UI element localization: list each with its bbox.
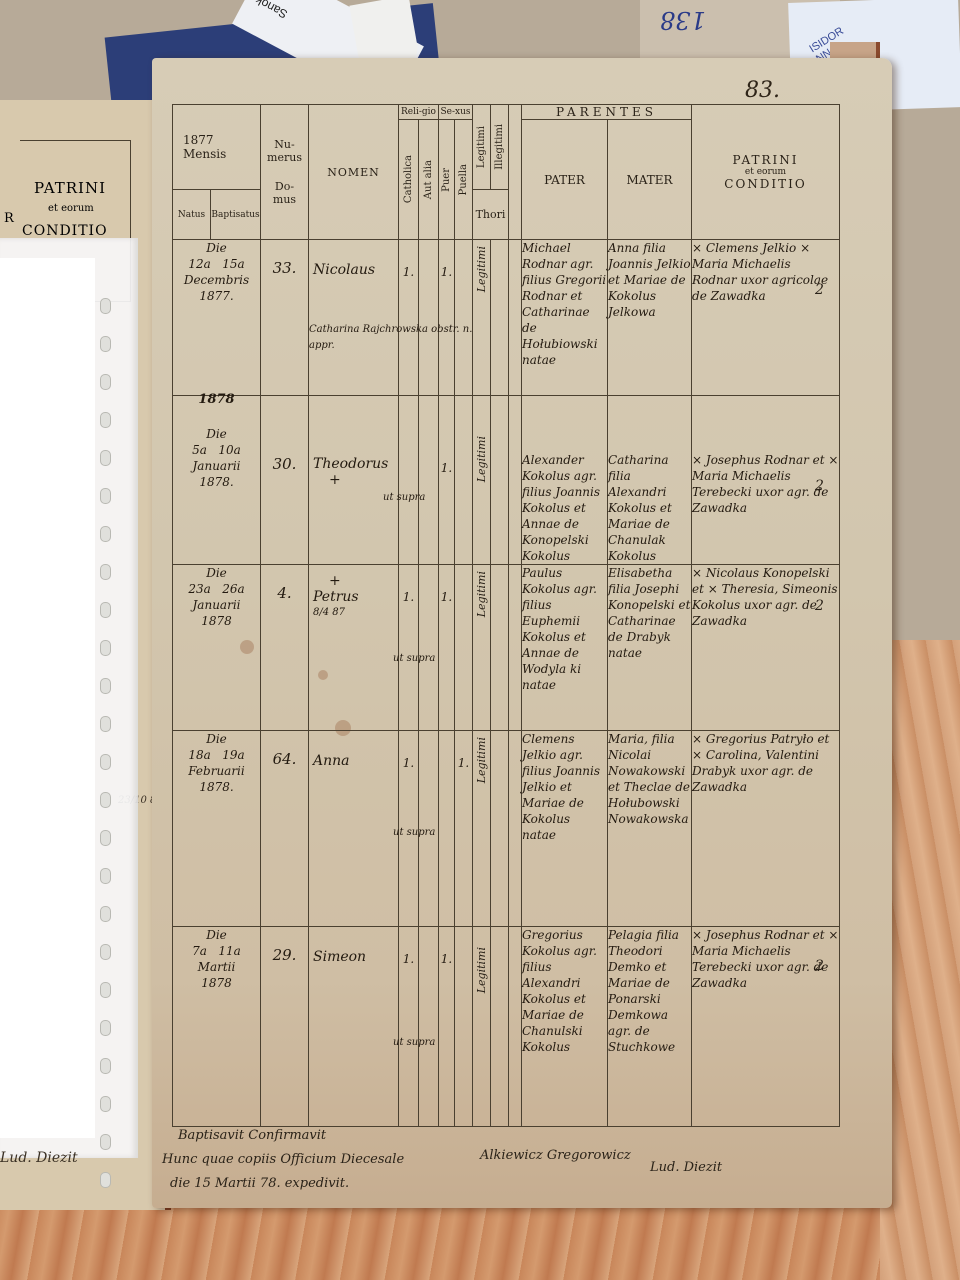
date-cell: Die 18a 19a Februarii 1878. bbox=[173, 731, 261, 927]
child-name: Anna ut supra bbox=[309, 731, 399, 927]
death-date: 8/4 87 bbox=[313, 605, 398, 621]
pater-cell: Gregorius Kokolus agr. filius Alexandri … bbox=[522, 927, 608, 1127]
patrini-cell: × Clemens Jelkio × Maria Michaelis Rodna… bbox=[692, 240, 840, 396]
obstetrix-note: Catharina Rajchrowska obstr. n. appr. bbox=[309, 322, 488, 354]
footer-line-1: Baptisavit Confirmavit bbox=[178, 1128, 326, 1143]
table-row: Die 18a 19a Februarii 1878. 64. Anna ut … bbox=[173, 731, 840, 927]
date-cell: Die 7a 11a Martii 1878 bbox=[173, 927, 261, 1127]
table-row: Die 12a 15a Decembris 1877. 33. Nicolaus… bbox=[173, 240, 840, 396]
section-year: 1878 bbox=[173, 392, 260, 408]
house-number: 64. bbox=[261, 731, 309, 927]
child-name: + Petrus 8/4 87 ut supra bbox=[309, 565, 399, 731]
mater-cell: Maria, filia Nicolai Nowakowski et Thecl… bbox=[608, 731, 692, 927]
footer-line-3: die 15 Martii 78. expedivit. bbox=[170, 1176, 349, 1191]
table-row: Die 7a 11a Martii 1878 29. Simeon ut sup… bbox=[173, 927, 840, 1127]
patrini-cell: × Nicolaus Konopelski et × Theresia, Sim… bbox=[692, 565, 840, 731]
plastic-sleeve bbox=[0, 238, 138, 1158]
date-cell: Die 12a 15a Decembris 1877. bbox=[173, 240, 261, 396]
house-number: 29. bbox=[261, 927, 309, 1127]
patrini-cell: × Gregorius Patryło et × Carolina, Valen… bbox=[692, 731, 840, 927]
page-number: 83. bbox=[745, 78, 780, 103]
aut-alia-header: Aut alia bbox=[419, 120, 439, 240]
obstetrix-note: ut supra bbox=[393, 1035, 488, 1051]
legitimi-header: Legitimi bbox=[473, 105, 491, 190]
pater-header: PATER bbox=[522, 120, 608, 240]
wooden-table-right bbox=[880, 640, 960, 1280]
footer-signature: Alkiewicz Gregorowicz bbox=[480, 1148, 631, 1163]
mater-cell: Pelagia filia Theodori Demko et Mariae d… bbox=[608, 927, 692, 1127]
date-cell: 1878 Die 5a 10a Januarii 1878. bbox=[173, 396, 261, 565]
footer-line-2: Hunc quae copiis Officium Diecesale bbox=[162, 1152, 404, 1167]
puer-header: Puer bbox=[439, 120, 455, 240]
illegitimi-header: Illegitimi bbox=[491, 105, 509, 190]
table-row: Die 23a 26a Januarii 1878 4. + Petrus 8/… bbox=[173, 565, 840, 731]
pater-cell: Alexander Kokolus agr. filius Joannis Ko… bbox=[522, 396, 608, 565]
obstetrix-note: ut supra bbox=[383, 490, 488, 506]
left-page-signature: Lud. Diezit bbox=[0, 1150, 78, 1166]
baptism-register-table: 1877 Mensis Nu- merus Do- mus NOMEN Reli… bbox=[172, 104, 840, 1127]
numerus-domus-header: Nu- merus Do- mus bbox=[261, 105, 309, 240]
mensis-header: 1877 Mensis bbox=[173, 105, 261, 190]
punch-holes bbox=[100, 298, 112, 1210]
patrini-cell: × Josephus Rodnar et × Maria Michaelis T… bbox=[692, 927, 840, 1127]
obstetrix-note: ut supra bbox=[393, 825, 488, 841]
catholica-header: Catholica bbox=[399, 120, 419, 240]
margin-mark: 2 bbox=[815, 598, 824, 614]
parentes-header: PARENTES bbox=[522, 105, 692, 120]
house-number: 4. bbox=[261, 565, 309, 731]
pater-cell: Paulus Kokolus agr. filius Euphemii Koko… bbox=[522, 565, 608, 731]
death-cross: + bbox=[329, 573, 398, 589]
mater-header: MATER bbox=[608, 120, 692, 240]
margin-mark: 2 bbox=[815, 282, 824, 298]
child-name: Simeon ut supra bbox=[309, 927, 399, 1127]
mater-cell: Anna filia Joannis Jelkio et Mariae de K… bbox=[608, 240, 692, 396]
house-number: 30. bbox=[261, 396, 309, 565]
sexus-header: Se-xus bbox=[439, 105, 473, 120]
mater-cell: Catharina filia Alexandri Kokolus et Mar… bbox=[608, 396, 692, 565]
mater-cell: Elisabetha filia Josephi Konopelski et C… bbox=[608, 565, 692, 731]
puella-header: Puella bbox=[455, 120, 473, 240]
folder-number: 138 bbox=[660, 6, 706, 34]
patrini-header: PATRINI et eorum CONDITIO bbox=[692, 105, 840, 240]
pater-cell: Clemens Jelkio agr. filius Joannis Jelki… bbox=[522, 731, 608, 927]
pater-cell: Michael Rodnar agr. filius Gregorii Rodn… bbox=[522, 240, 608, 396]
margin-mark: 2 bbox=[815, 478, 824, 494]
blank-col bbox=[509, 105, 522, 240]
religio-header: Reli-gio bbox=[399, 105, 439, 120]
footer-signature-2: Lud. Diezit bbox=[650, 1160, 722, 1175]
death-cross: + bbox=[329, 472, 398, 488]
date-cell: Die 23a 26a Januarii 1878 bbox=[173, 565, 261, 731]
margin-mark: 2 bbox=[815, 958, 824, 974]
table-row: 1878 Die 5a 10a Januarii 1878. 30. Theod… bbox=[173, 396, 840, 565]
sleeve-paper bbox=[0, 258, 95, 1138]
obstetrix-note: ut supra bbox=[393, 651, 488, 667]
nomen-header: NOMEN bbox=[309, 105, 399, 240]
house-number: 33. bbox=[261, 240, 309, 396]
child-name: Nicolaus Catharina Rajchrowska obstr. n.… bbox=[309, 240, 399, 396]
baptisatus-header: Baptisatus bbox=[211, 190, 261, 240]
thori-header: Thori bbox=[473, 190, 509, 240]
child-name: Theodorus + ut supra bbox=[309, 396, 399, 565]
natus-header: Natus bbox=[173, 190, 211, 240]
